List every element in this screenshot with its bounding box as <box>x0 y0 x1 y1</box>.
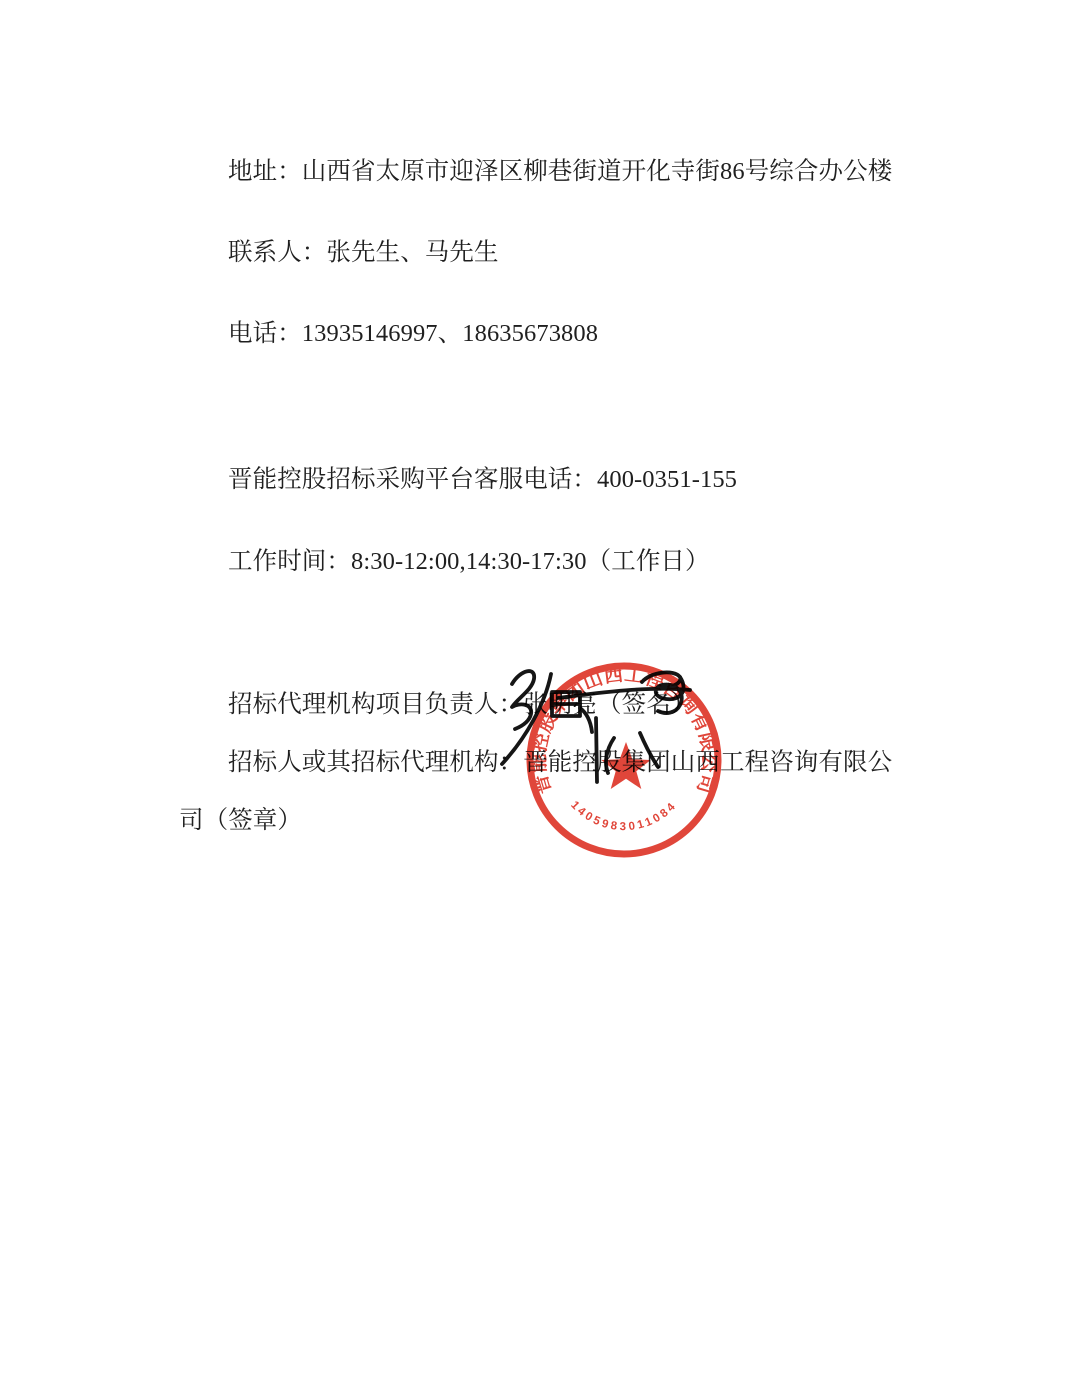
document-page: 地址：山西省太原市迎泽区柳巷街道开化寺街86号综合办公楼 联系人：张先生、马先生… <box>0 0 1080 1398</box>
working-hours-line: 工作时间：8:30-12:00,14:30-17:30（工作日） <box>228 547 710 576</box>
contact-person-line: 联系人：张先生、马先生 <box>228 238 499 267</box>
tenderer-signature-line-continued: 司（签章） <box>179 806 302 835</box>
address-line: 地址：山西省太原市迎泽区柳巷街道开化寺街86号综合办公楼 <box>228 157 892 186</box>
phone-line: 电话：13935146997、18635673808 <box>228 319 598 348</box>
handwritten-signature <box>488 652 718 804</box>
signature-ink-strokes <box>502 671 690 782</box>
seal-serial-number: 1405983011084 <box>568 799 680 833</box>
service-hotline-line: 晋能控股招标采购平台客服电话：400-0351-155 <box>228 465 737 494</box>
